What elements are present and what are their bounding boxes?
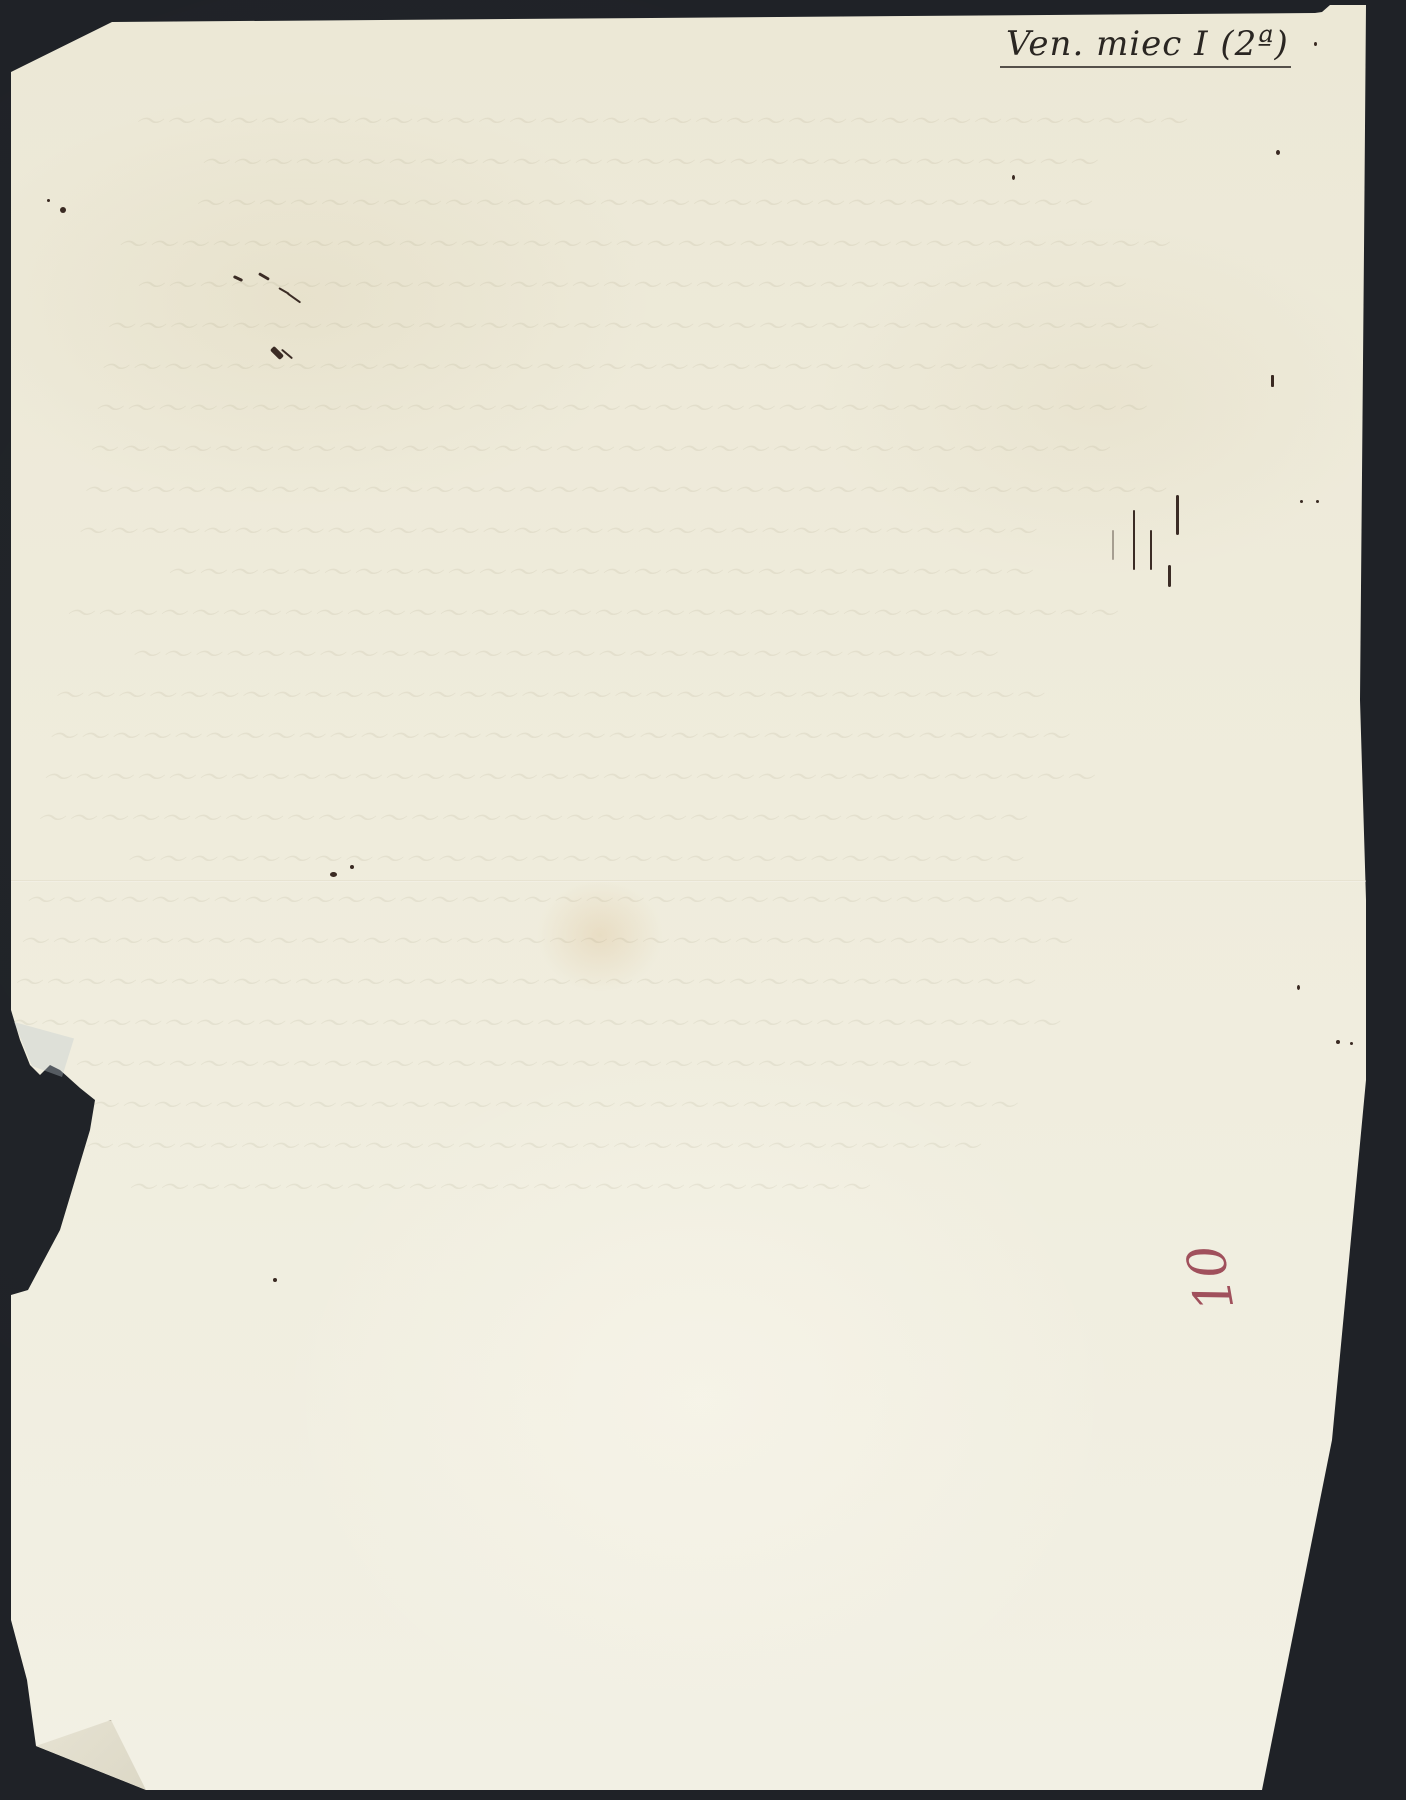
bleed-stroke xyxy=(1112,530,1114,560)
ink-speck xyxy=(1297,985,1300,990)
paper-sheet: ～～～～～～～～～～～～～～～～～～～～～～～～～～～～～～～～～～ ～～～～～… xyxy=(0,0,1406,1800)
folio-number: 10 xyxy=(1180,1241,1243,1315)
bleed-stroke xyxy=(1176,495,1179,535)
show-through-text: ～～～～～～～～～～～～～～～～～～～～～～～～～～～～～～～～～～ ～～～～～… xyxy=(0,60,1406,1240)
ink-speck xyxy=(330,872,337,877)
bleed-stroke xyxy=(1150,530,1152,570)
ink-speck xyxy=(273,1278,277,1282)
ink-speck xyxy=(60,207,66,213)
ink-speck xyxy=(1316,500,1319,503)
ink-speck xyxy=(1336,1040,1340,1044)
ink-speck xyxy=(47,199,50,202)
catalog-label: Ven. miec I (2ª) xyxy=(1000,22,1291,68)
ink-speck xyxy=(1350,1042,1353,1045)
ink-speck xyxy=(1276,150,1280,155)
ink-speck xyxy=(1012,175,1015,180)
ink-speck xyxy=(1314,42,1317,46)
ink-speck xyxy=(350,865,354,869)
bleed-stroke xyxy=(1168,565,1171,587)
bleed-stroke xyxy=(1133,510,1135,570)
fold-line xyxy=(11,880,1366,882)
ink-speck xyxy=(1271,375,1274,387)
ink-speck xyxy=(1300,500,1303,503)
